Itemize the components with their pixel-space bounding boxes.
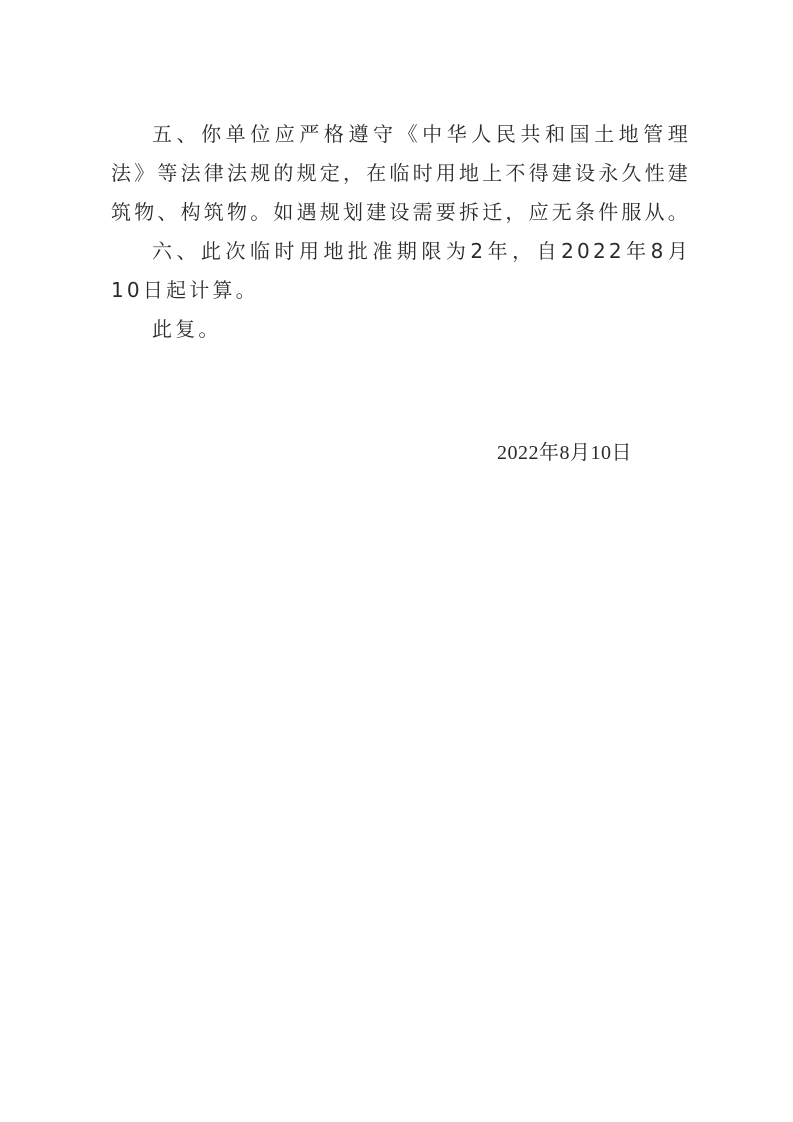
document-body: 五、你单位应严格遵守《中华人民共和国土地管理法》等法律法规的规定，在临时用地上不… bbox=[111, 115, 691, 349]
paragraph-clause-5: 五、你单位应严格遵守《中华人民共和国土地管理法》等法律法规的规定，在临时用地上不… bbox=[111, 115, 691, 232]
document-date: 2022年8月10日 bbox=[497, 438, 632, 468]
paragraph-clause-6: 六、此次临时用地批准期限为2年，自2022年8月10日起计算。 bbox=[111, 232, 691, 310]
document-page: 五、你单位应严格遵守《中华人民共和国土地管理法》等法律法规的规定，在临时用地上不… bbox=[0, 0, 793, 1122]
paragraph-closing: 此复。 bbox=[111, 310, 691, 349]
